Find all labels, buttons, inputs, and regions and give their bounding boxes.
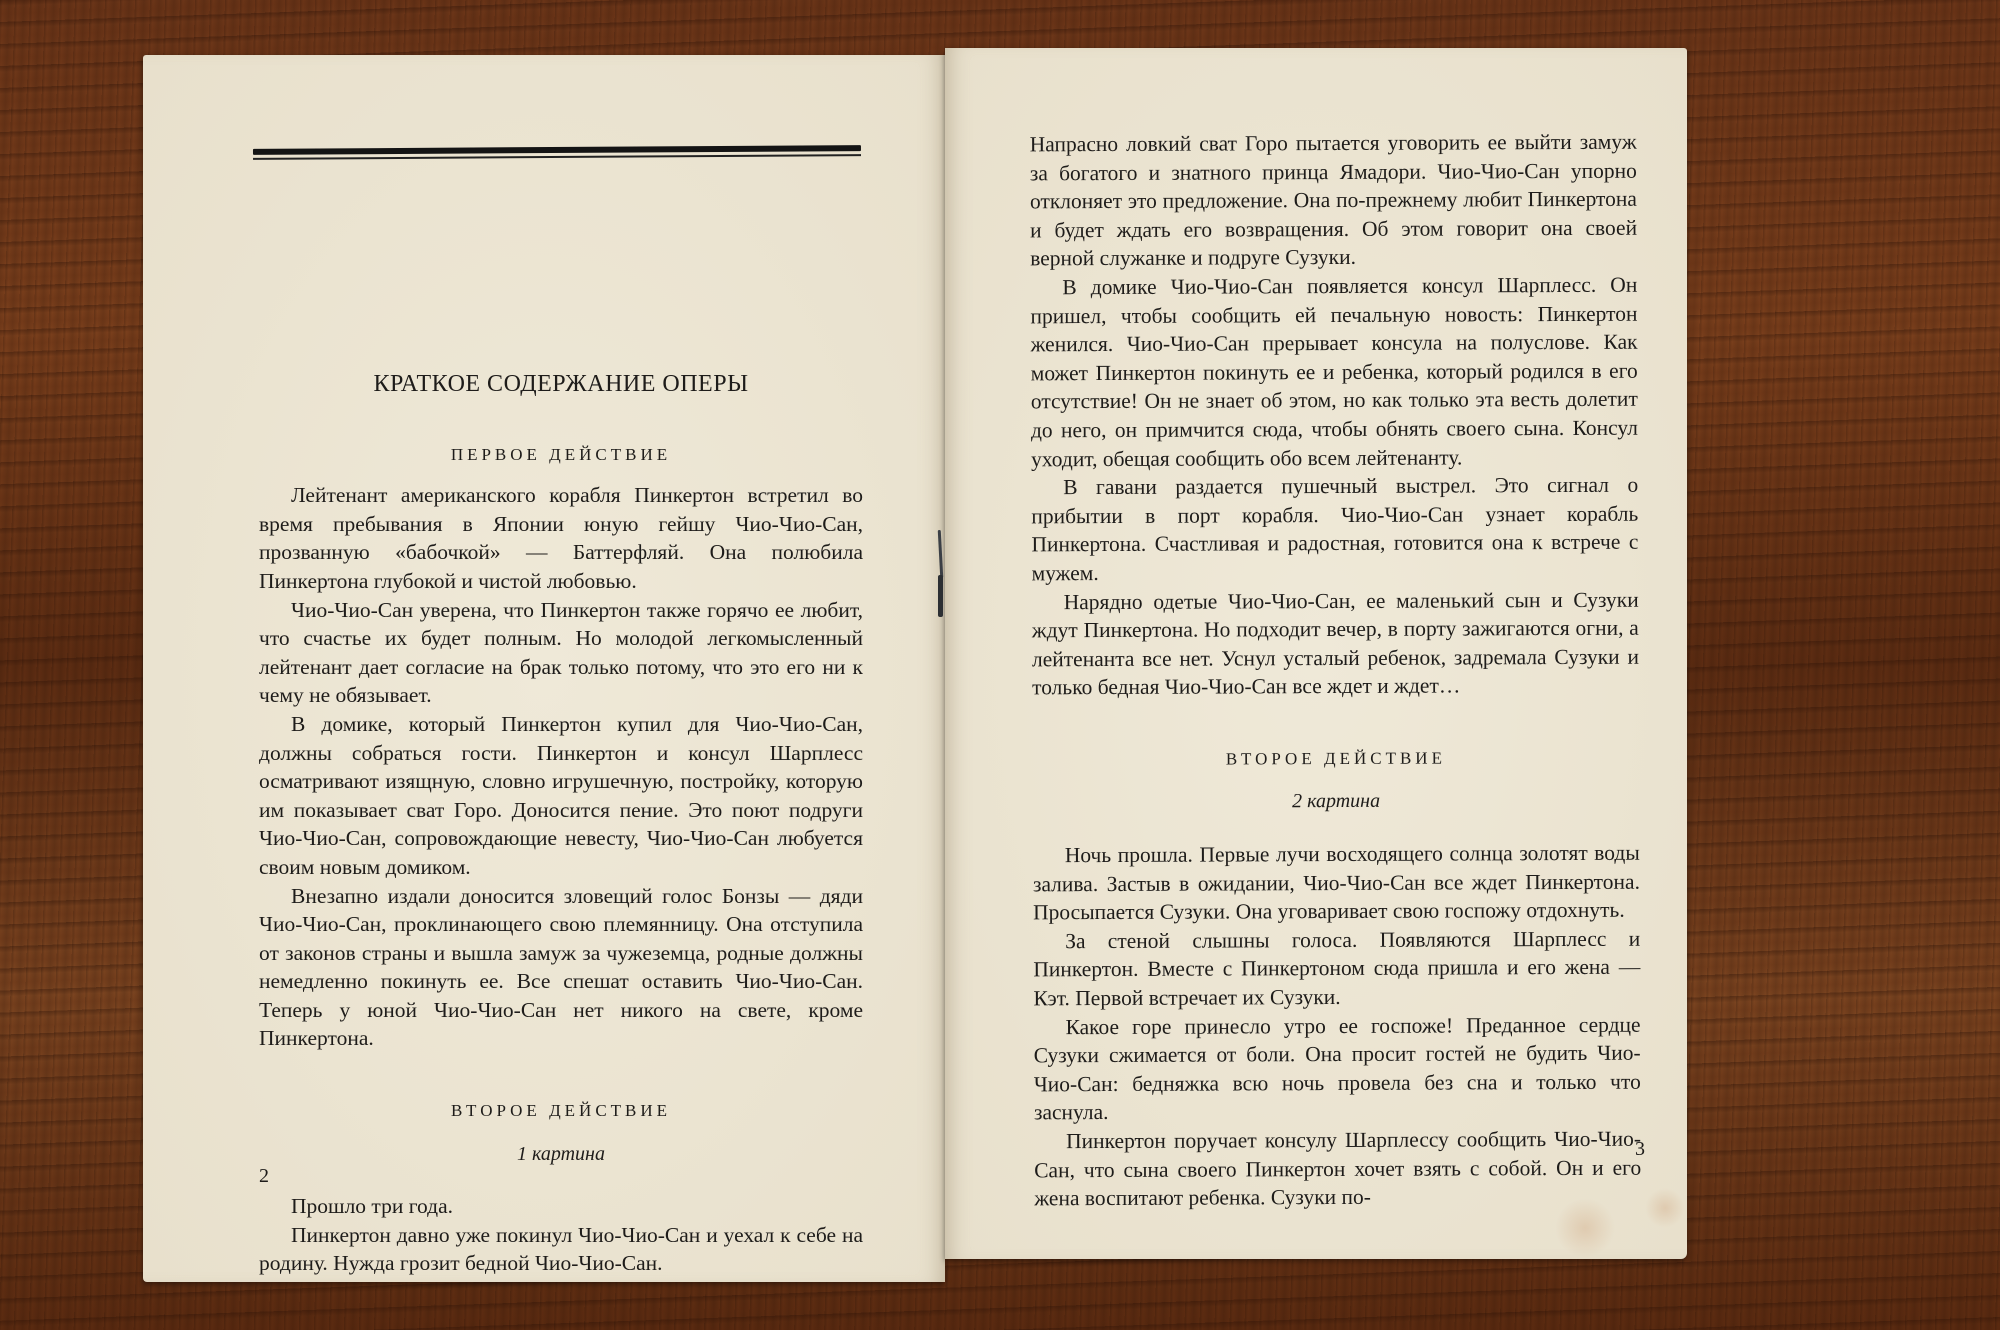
paragraph: Нарядно одетые Чио-Чио-Сан, ее маленький… <box>1032 585 1639 702</box>
paragraph: В домике, который Пинкертон купил для Чи… <box>259 710 863 882</box>
right-page: Напрасно ловкий сват Горо пытается угово… <box>945 48 1687 1259</box>
paragraph: Какое горе принесло утро ее госпоже! Пре… <box>1033 1010 1640 1127</box>
paper-stain <box>1555 1198 1615 1258</box>
rule-thin-line <box>253 154 861 160</box>
act1-heading: ПЕРВОЕ ДЕЙСТВИЕ <box>259 441 863 470</box>
act2-heading: ВТОРОЕ ДЕЙСТВИЕ <box>1032 744 1639 775</box>
right-text-column: Напрасно ловкий сват Горо пытается угово… <box>1030 128 1642 1213</box>
paragraph: Напрасно ловкий сват Горо пытается угово… <box>1030 128 1638 274</box>
paragraph: Чио-Чио-Сан уверена, что Пинкертон также… <box>259 596 863 710</box>
page-title: КРАТКОЕ СОДЕРЖАНИЕ ОПЕРЫ <box>259 370 863 399</box>
scene2-heading: 2 картина <box>1033 786 1640 817</box>
paper-stain <box>1645 1188 1685 1228</box>
paragraph: За стеной слышны голоса. Появляются Шарп… <box>1033 925 1640 1013</box>
paragraph: В гавани раздается пушечный выстрел. Это… <box>1031 471 1638 588</box>
page-number-right: 3 <box>1635 1138 1645 1161</box>
decorative-double-rule <box>253 145 861 163</box>
paragraph: Прошло три года. <box>259 1192 863 1221</box>
paragraph: Пинкертон поручает консулу Шарплессу соо… <box>1034 1125 1641 1213</box>
left-text-column: КРАТКОЕ СОДЕРЖАНИЕ ОПЕРЫ ПЕРВОЕ ДЕЙСТВИЕ… <box>259 370 863 1278</box>
act2-heading: ВТОРОЕ ДЕЙСТВИЕ <box>259 1097 863 1126</box>
page-number-left: 2 <box>259 1165 269 1188</box>
scene1-heading: 1 картина <box>259 1140 863 1169</box>
staple-icon <box>936 530 946 625</box>
paragraph: Внезапно издали доносится зловещий голос… <box>259 882 863 1054</box>
rule-thick-line <box>253 145 861 155</box>
left-page: КРАТКОЕ СОДЕРЖАНИЕ ОПЕРЫ ПЕРВОЕ ДЕЙСТВИЕ… <box>143 55 945 1282</box>
paragraph: Ночь прошла. Первые лучи восходящего сол… <box>1033 839 1640 927</box>
paragraph: В домике Чио-Чио-Сан появляется консул Ш… <box>1030 271 1638 474</box>
paragraph: Лейтенант американского корабля Пинкерто… <box>259 481 863 595</box>
paragraph: Пинкертон давно уже покинул Чио-Чио-Сан … <box>259 1221 863 1278</box>
